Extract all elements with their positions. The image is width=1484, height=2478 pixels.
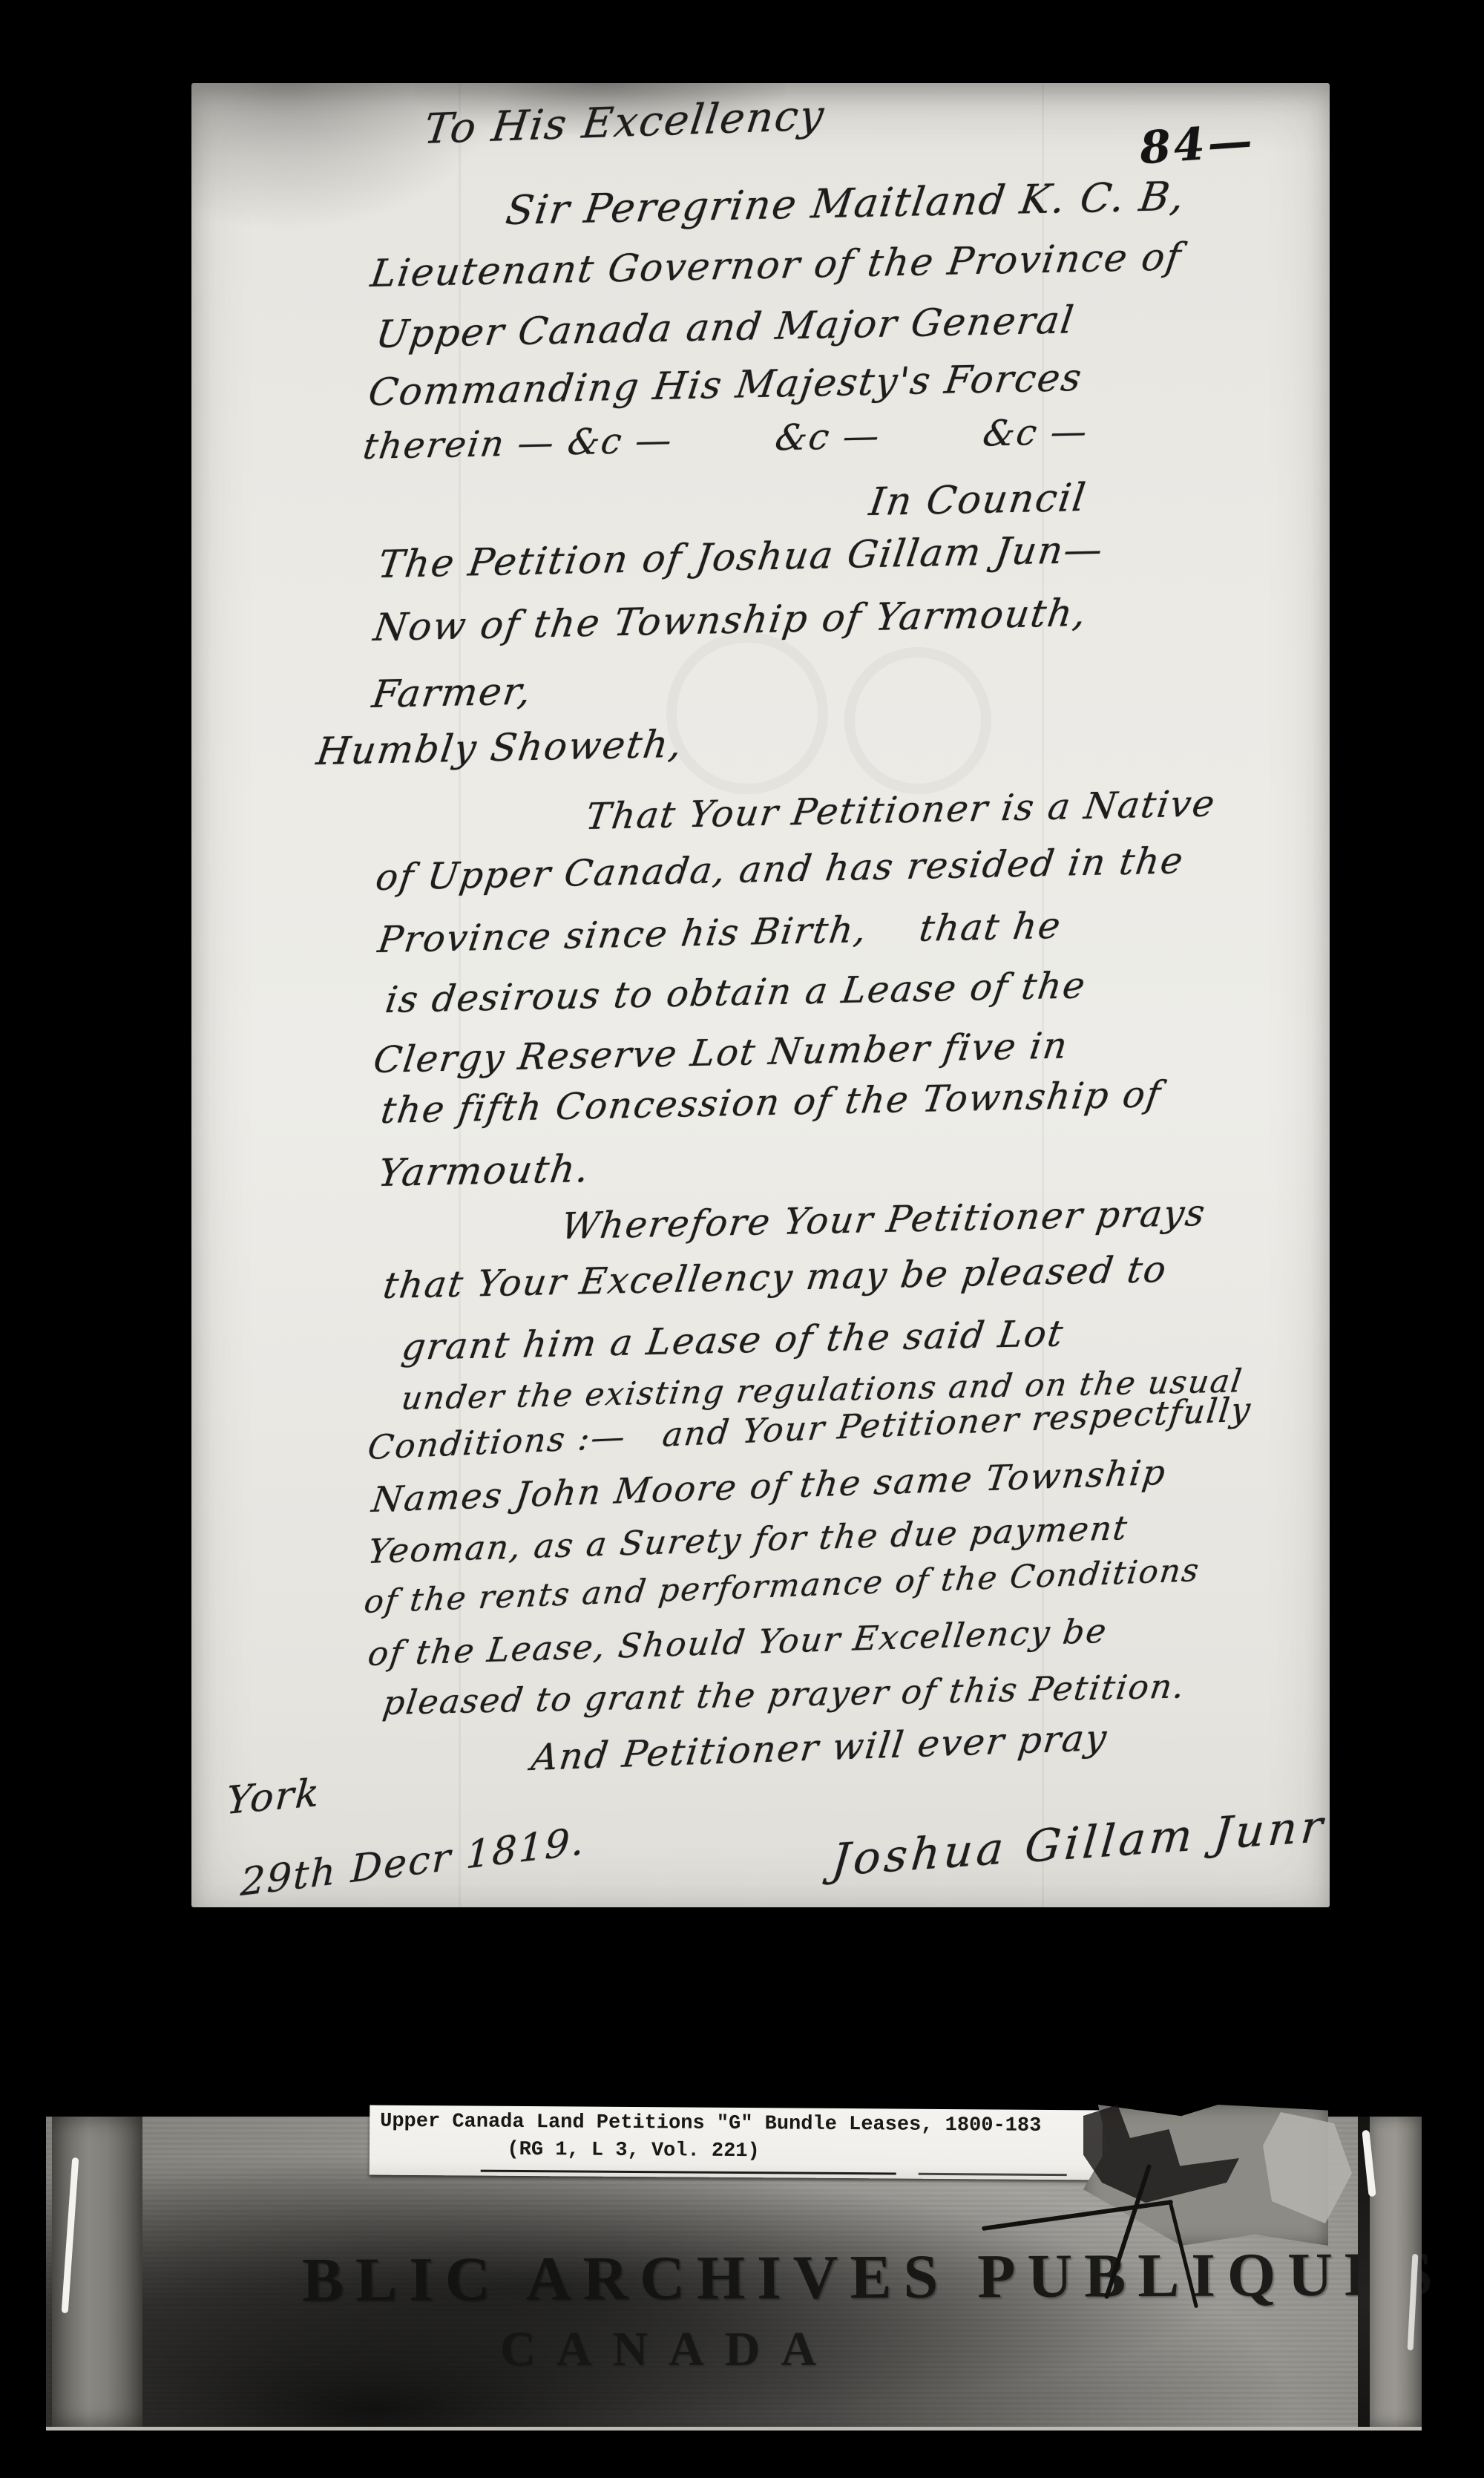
manuscript-line: that Your Excellency may be pleased to [381, 1248, 1170, 1307]
page-number: 84— [1138, 115, 1257, 175]
manuscript-line: of Upper Canada, and has resided in the [373, 839, 1186, 899]
manuscript-line: Clergy Reserve Lot Number five in [371, 1024, 1071, 1081]
dateline-date: 29th Decr 1819. [240, 1820, 585, 1905]
watermark-circle [844, 647, 991, 794]
manuscript-line: Commanding His Majesty's Forces [366, 356, 1086, 415]
stamp-text-archives: BLIC ARCHIVES PUBLIQUES [302, 2238, 1445, 2316]
manuscript-line: And Petitioner will ever pray [529, 1717, 1110, 1779]
dateline-place: York [225, 1771, 322, 1823]
petition-page: 84— To His Excellency Sir Peregrine Mait… [191, 83, 1330, 1907]
manuscript-line: grant him a Lease of the said Lot [399, 1312, 1067, 1369]
label-underline [919, 2173, 1067, 2176]
manuscript-line: Humbly Showeth, [314, 723, 686, 774]
manuscript-line: Wherefore Your Petitioner prays [559, 1192, 1209, 1248]
stamp-text-canada: CANADA [500, 2321, 837, 2378]
scanned-document-background: 84— To His Excellency Sir Peregrine Mait… [0, 0, 1484, 2478]
manuscript-line: therein — &c — &c — &c — [361, 411, 1091, 468]
signature: Joshua Gillam Junr [830, 1800, 1328, 1887]
manuscript-line: Sir Peregrine Maitland K. C. B, [503, 173, 1189, 234]
manuscript-line: Upper Canada and Major General [373, 298, 1077, 357]
manuscript-line: Province since his Birth, that he [375, 905, 1064, 961]
label-reference: (RG 1, L 3, Vol. 221) [370, 2138, 898, 2164]
manuscript-line: pleased to grant the prayer of this Peti… [381, 1666, 1188, 1723]
manuscript-line: is desirous to obtain a Lease of the [383, 964, 1089, 1021]
manuscript-line: The Petition of Joshua Gillam Jun— [375, 528, 1106, 587]
manuscript-line: Lieutenant Governor of the Province of [368, 235, 1185, 296]
manuscript-line: That Your Petitioner is a Native [583, 782, 1218, 838]
manuscript-line: Now of the Township of Yarmouth, [371, 591, 1090, 650]
manuscript-line: Farmer, [370, 670, 535, 717]
label-underline [481, 2170, 896, 2175]
manuscript-line: In Council [867, 476, 1089, 525]
label-title: Upper Canada Land Petitions "G" Bundle L… [380, 2111, 1103, 2138]
archives-band: BLIC ARCHIVES PUBLIQUES CANADA Upper Can… [46, 2117, 1422, 2431]
typed-label: Upper Canada Land Petitions "G" Bundle L… [370, 2105, 1103, 2180]
manuscript-line: the fifth Concession of the Township of [378, 1073, 1164, 1132]
watermark-circle [666, 632, 828, 794]
manuscript-line: Yarmouth. [375, 1147, 593, 1196]
manuscript-line: of the Lease, Should Your Excellency be [366, 1611, 1110, 1674]
